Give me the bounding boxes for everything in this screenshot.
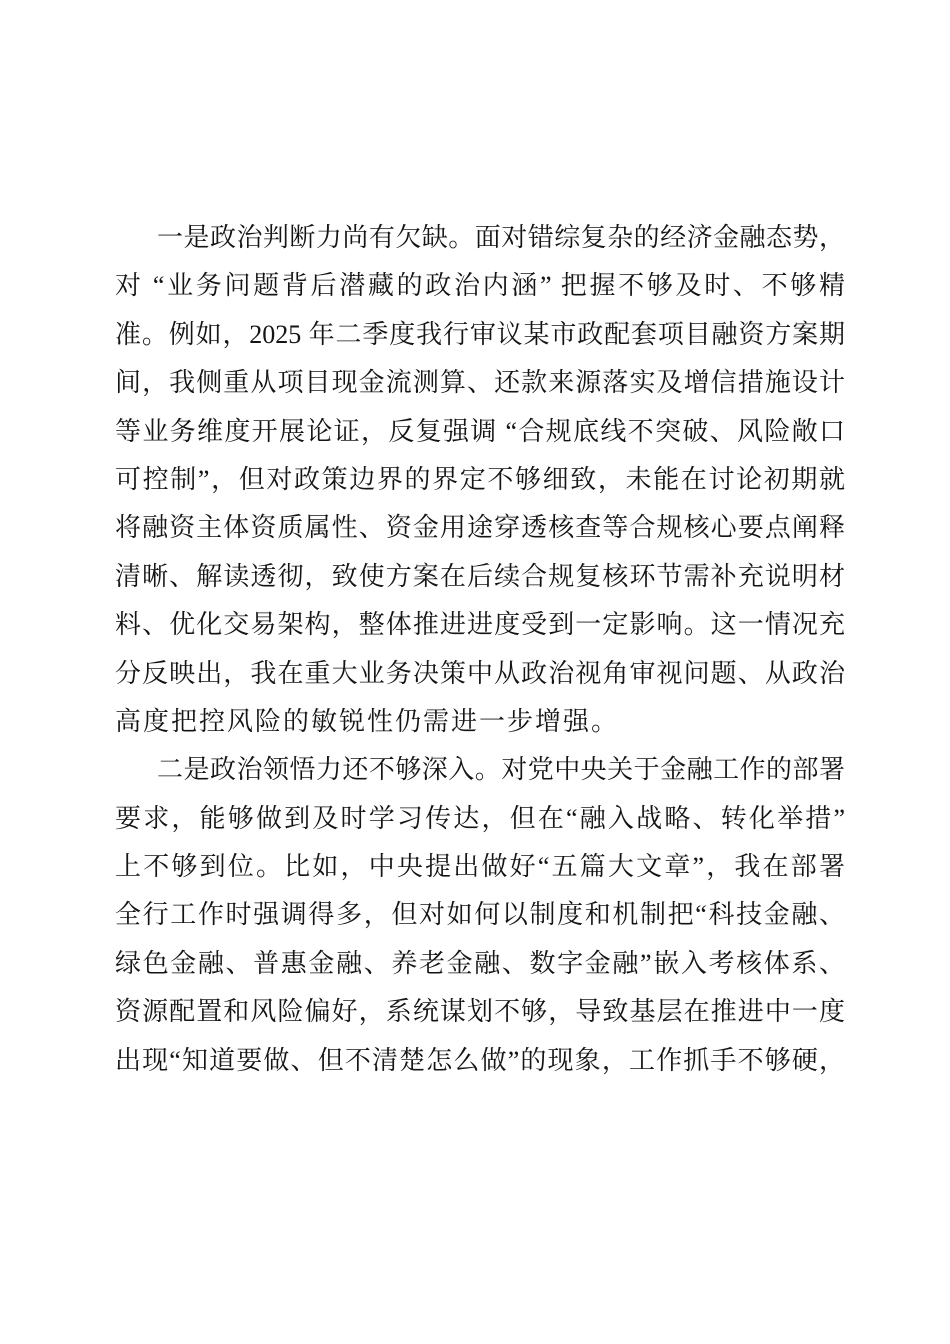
text-line: 资源配置和风险偏好，系统谋划不够，导致基层在推进中一度 [115,988,845,1036]
document-page: 一是政治判断力尚有欠缺。面对错综复杂的经济金融态势，对 “业务问题背后潜藏的政治… [0,0,950,1344]
text-line: 高度把控风险的敏锐性仍需进一步增强。 [115,698,845,746]
text-line: 分反映出，我在重大业务决策中从政治视角审视问题、从政治 [115,650,845,698]
text-line: 要求，能够做到及时学习传达，但在“融入战略、转化举措” [115,795,845,843]
document-body: 一是政治判断力尚有欠缺。面对错综复杂的经济金融态势，对 “业务问题背后潜藏的政治… [115,214,845,1085]
text-line: 间，我侧重从项目现金流测算、还款来源落实及增信措施设计 [115,359,845,407]
text-line: 料、优化交易架构，整体推进进度受到一定影响。这一情况充 [115,601,845,649]
text-line: 清晰、解读透彻，致使方案在后续合规复核环节需补充说明材 [115,553,845,601]
text-line: 二是政治领悟力还不够深入。对党中央关于金融工作的部署 [115,746,845,794]
text-line: 一是政治判断力尚有欠缺。面对错综复杂的经济金融态势， [115,214,845,262]
paragraph: 二是政治领悟力还不够深入。对党中央关于金融工作的部署要求，能够做到及时学习传达，… [115,746,845,1085]
text-line: 全行工作时强调得多，但对如何以制度和机制把“科技金融、 [115,891,845,939]
text-line: 上不够到位。比如，中央提出做好“五篇大文章”，我在部署 [115,843,845,891]
text-line: 将融资主体资质属性、资金用途穿透核查等合规核心要点阐释 [115,504,845,552]
text-line: 绿色金融、普惠金融、养老金融、数字金融”嵌入考核体系、 [115,940,845,988]
text-line: 准。例如，2025 年二季度我行审议某市政配套项目融资方案期 [115,311,845,359]
text-line: 可控制”，但对政策边界的界定不够细致，未能在讨论初期就 [115,456,845,504]
paragraph: 一是政治判断力尚有欠缺。面对错综复杂的经济金融态势，对 “业务问题背后潜藏的政治… [115,214,845,746]
text-line: 等业务维度开展论证，反复强调 “合规底线不突破、风险敞口 [115,408,845,456]
text-line: 出现“知道要做、但不清楚怎么做”的现象，工作抓手不够硬， [115,1037,845,1085]
text-line: 对 “业务问题背后潜藏的政治内涵” 把握不够及时、不够精 [115,262,845,310]
